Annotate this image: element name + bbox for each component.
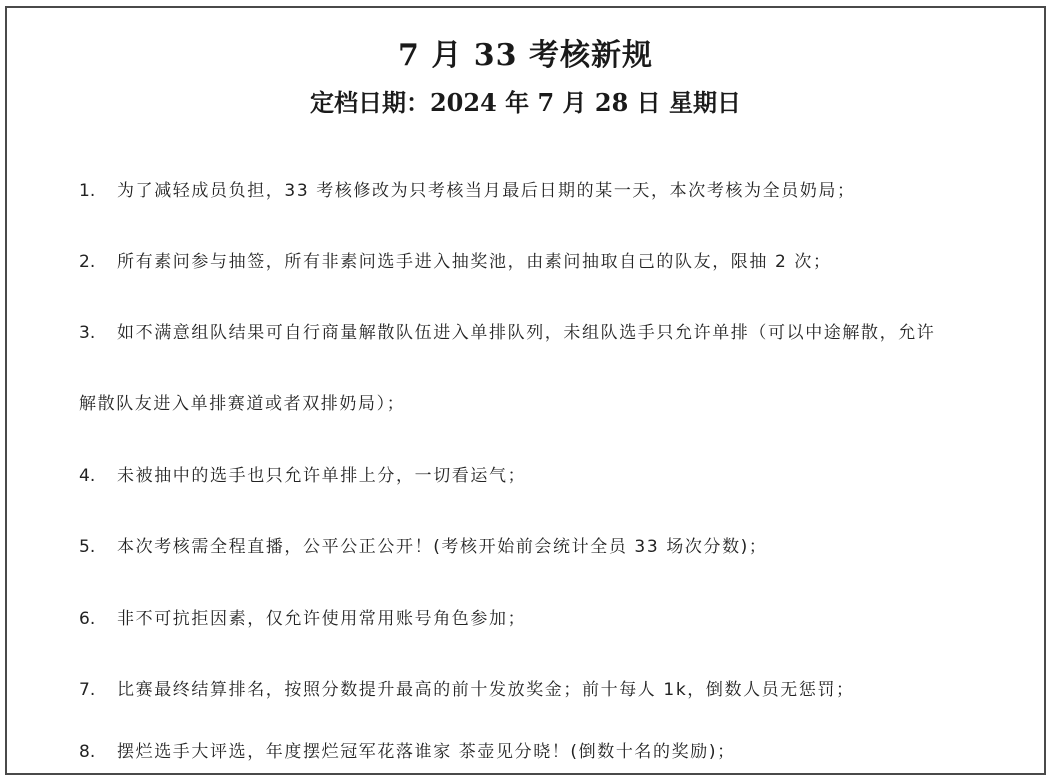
rule-item-5: 5.本次考核需全程直播，公平公正公开！(考核开始前会统计全员 33 场次分数)； (79, 532, 768, 557)
rule-item-1: 1.为了减轻成员负担，33 考核修改为只考核当月最后日期的某一天，本次考核为全员… (79, 176, 856, 201)
rule-number: 2. (79, 252, 117, 272)
rule-number: 7. (79, 680, 117, 700)
rule-item-8: 8.摆烂选手大评选，年度摆烂冠军花落谁家 茶壶见分晓！(倒数十名的奖励)； (79, 737, 736, 762)
rule-text: 为了减轻成员负担，33 考核修改为只考核当月最后日期的某一天，本次考核为全员奶局… (117, 181, 856, 201)
rule-text: 本次考核需全程直播，公平公正公开！(考核开始前会统计全员 33 场次分数)； (117, 537, 768, 557)
rule-text: 非不可抗拒因素，仅允许使用常用账号角色参加； (117, 609, 526, 629)
document-subtitle-date: 定档日期：2024 年 7 月 28 日 星期日 (7, 83, 1044, 118)
rule-text: 未被抽中的选手也只允许单排上分，一切看运气； (117, 466, 526, 486)
rule-number: 6. (79, 609, 117, 629)
rule-number: 8. (79, 742, 117, 762)
rule-number: 3. (79, 323, 117, 343)
rule-text: 摆烂选手大评选，年度摆烂冠军花落谁家 茶壶见分晓！(倒数十名的奖励)； (117, 742, 736, 762)
rule-item-6: 6.非不可抗拒因素，仅允许使用常用账号角色参加； (79, 604, 526, 629)
rule-item-7: 7.比赛最终结算排名，按照分数提升最高的前十发放奖金；前十每人 1k，倒数人员无… (79, 675, 855, 700)
document-page: 7 月 33 考核新规 定档日期：2024 年 7 月 28 日 星期日 1.为… (5, 6, 1046, 775)
rule-item-4: 4.未被抽中的选手也只允许单排上分，一切看运气； (79, 461, 526, 486)
rule-text: 比赛最终结算排名，按照分数提升最高的前十发放奖金；前十每人 1k，倒数人员无惩罚… (117, 680, 855, 700)
rule-text: 如不满意组队结果可自行商量解散队伍进入单排队列，未组队选手只允许单排（可以中途解… (117, 323, 935, 343)
rule-item-3-continuation: 解散队友进入单排赛道或者双排奶局）； (79, 389, 405, 414)
rule-item-3: 3.如不满意组队结果可自行商量解散队伍进入单排队列，未组队选手只允许单排（可以中… (79, 318, 935, 343)
rule-item-2: 2.所有素问参与抽签，所有非素问选手进入抽奖池，由素问抽取自己的队友，限抽 2 … (79, 247, 832, 272)
rule-number: 4. (79, 466, 117, 486)
rule-number: 1. (79, 181, 117, 201)
rule-text: 所有素问参与抽签，所有非素问选手进入抽奖池，由素问抽取自己的队友，限抽 2 次； (117, 252, 832, 272)
document-title: 7 月 33 考核新规 (7, 30, 1044, 74)
rule-number: 5. (79, 537, 117, 557)
